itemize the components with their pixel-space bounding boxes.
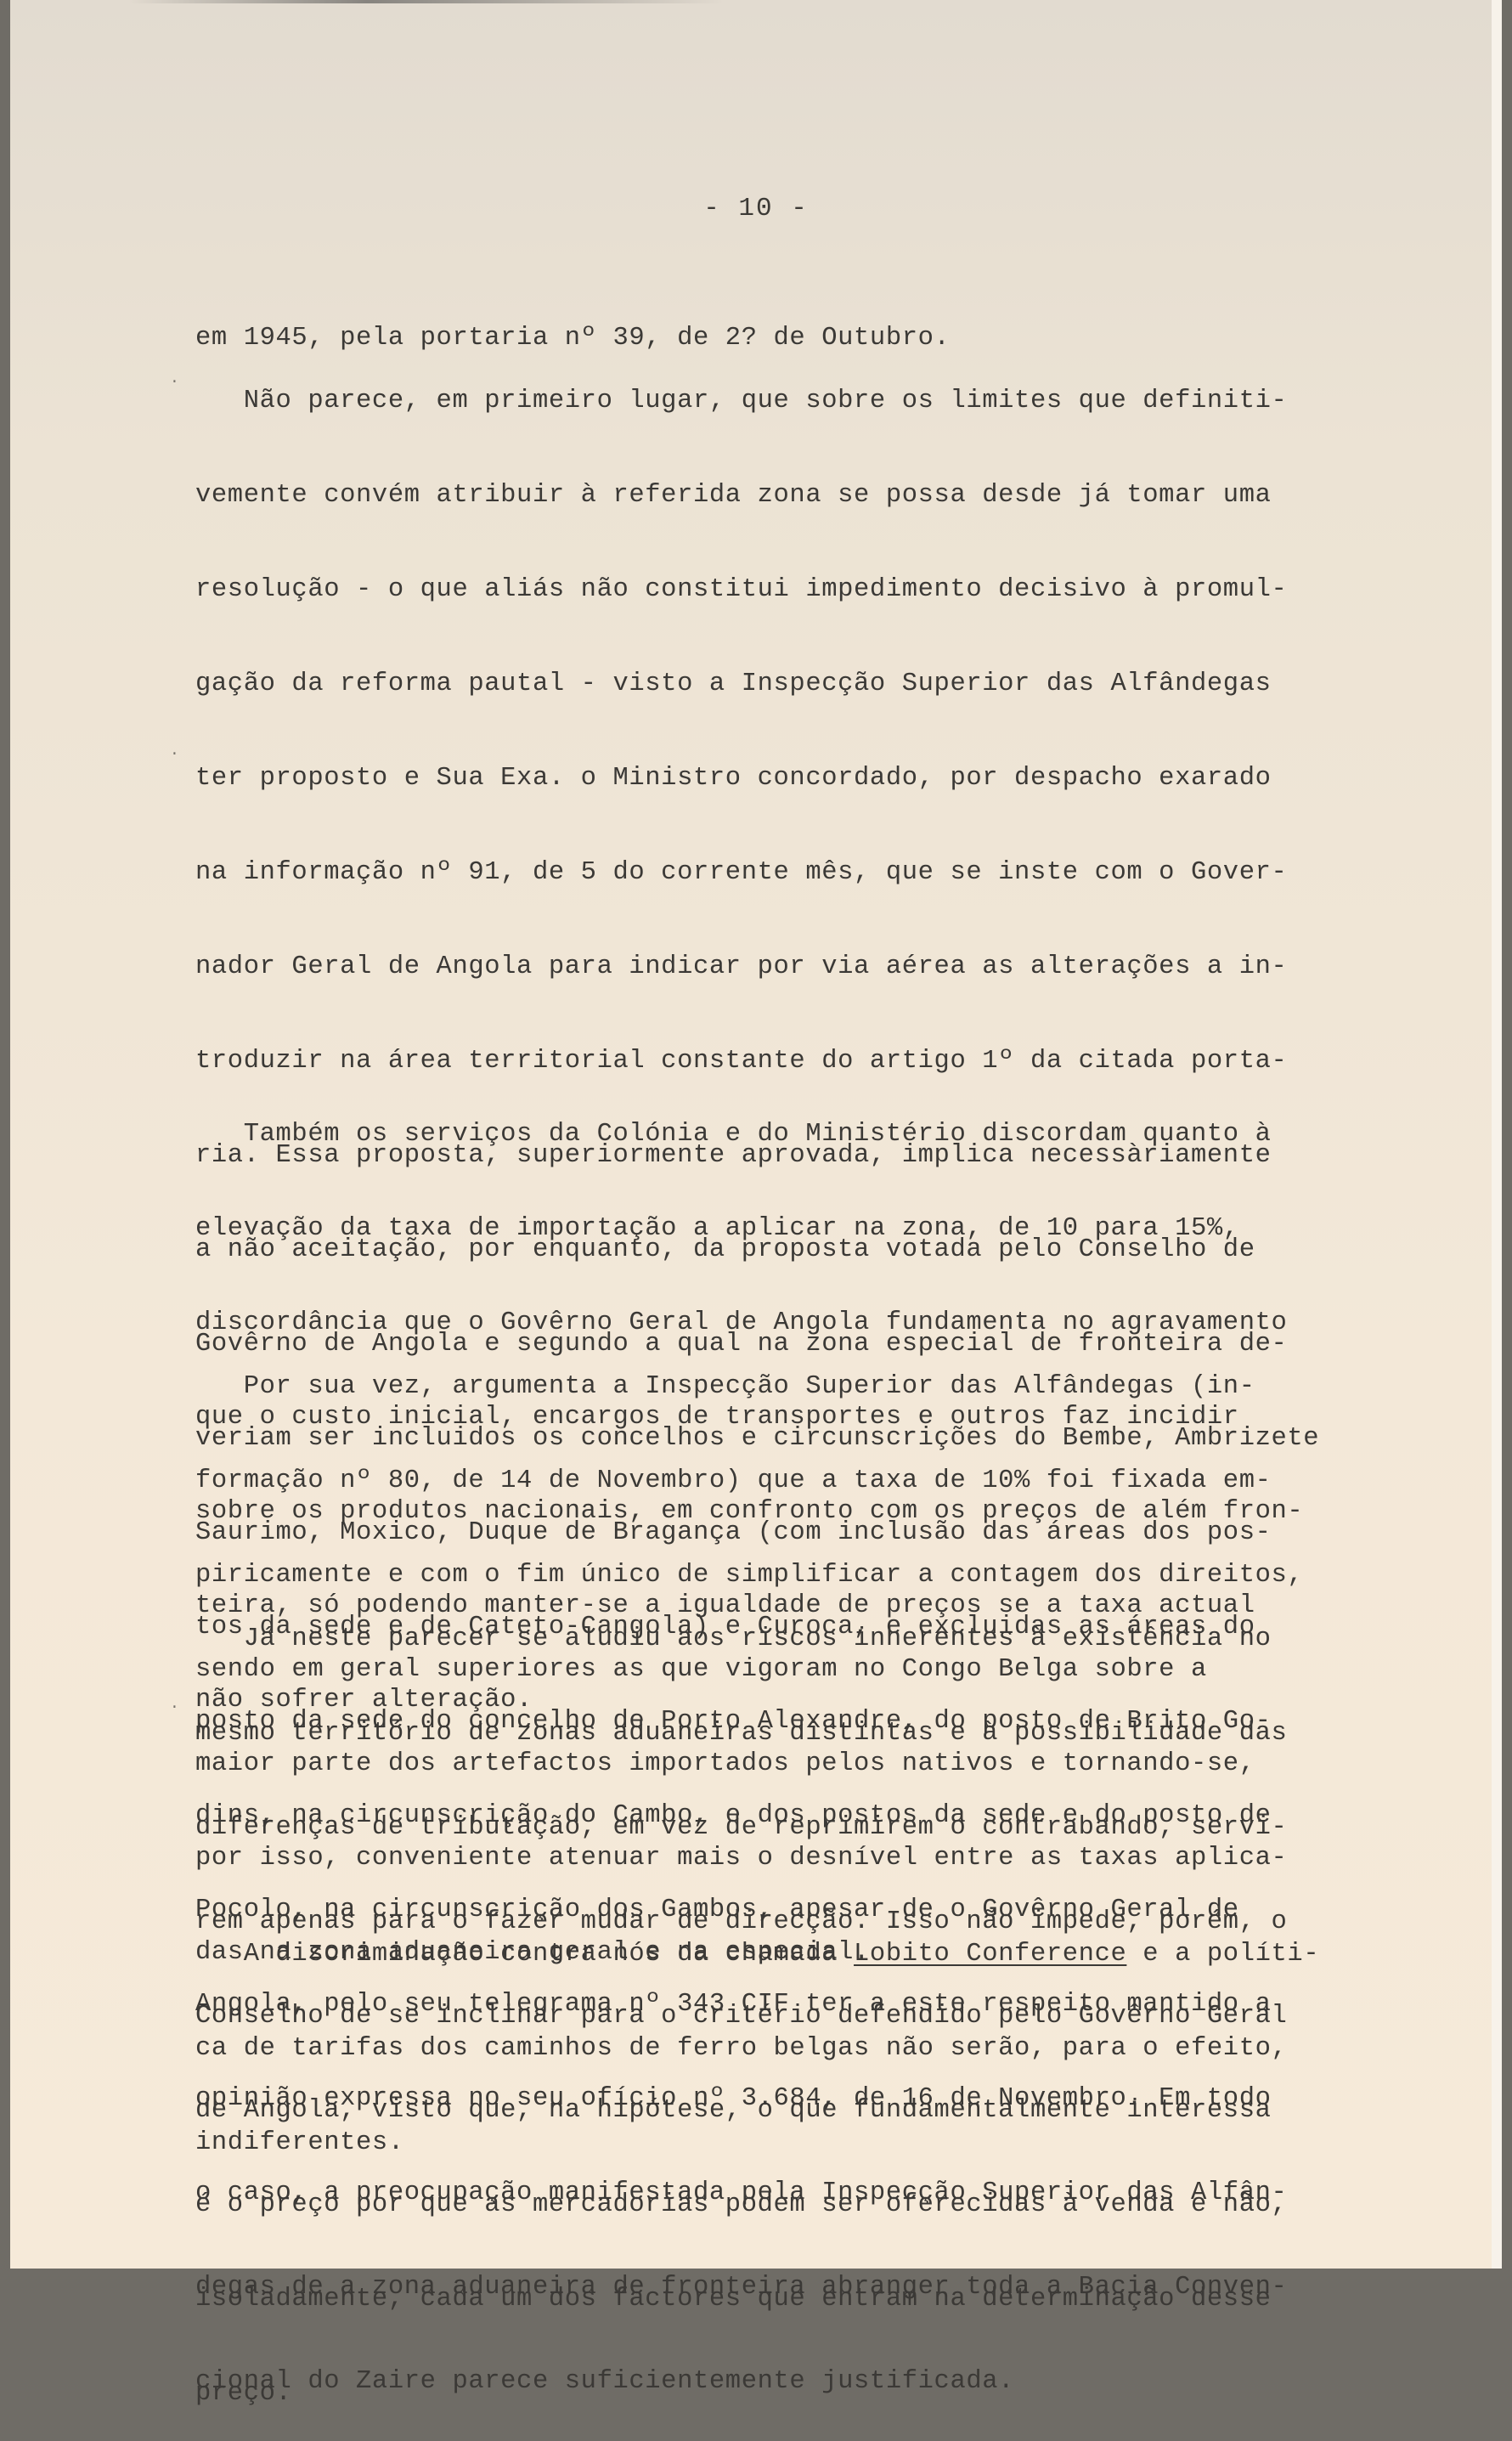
text-line: é o preço por que as mercadorias podem s… [195, 2190, 1402, 2221]
scan-shadow [129, 0, 724, 3]
paragraph-lobito-conference: A discriminação contra nós da chamada Lo… [195, 1876, 1402, 2190]
page-edge [1492, 0, 1502, 2269]
text-line: Não parece, em primeiro lugar, que sobre… [195, 386, 1402, 417]
text-line: Também os serviços da Colónia e do Minis… [195, 1119, 1402, 1150]
text-line: formação nº 80, de 14 de Novembro) que a… [195, 1466, 1402, 1497]
text-segment: e a políti- [1126, 1940, 1319, 1969]
text-line: nador Geral de Angola para indicar por v… [195, 952, 1402, 983]
text-line: gação da reforma pautal - visto a Inspec… [195, 669, 1402, 700]
margin-mark: · [170, 1699, 179, 1716]
underlined-term: Lobito Conference [854, 1940, 1126, 1969]
margin-mark: · [170, 374, 179, 391]
text-segment: A discriminação contra nós da chamada [195, 1940, 854, 1969]
text-line: diferenças de tributação, em vez de repr… [195, 1812, 1402, 1844]
text-line: ca de tarifas dos caminhos de ferro belg… [195, 2033, 1402, 2065]
text-line: Por sua vez, argumenta a Inspecção Super… [195, 1371, 1402, 1403]
text-line: indiferentes. [195, 2127, 1402, 2159]
text-line: Já neste parecer se aludiu aos riscos in… [195, 1624, 1402, 1655]
text-line: na informação nº 91, de 5 do corrente mê… [195, 857, 1402, 889]
page-number: - 10 - [0, 194, 1512, 223]
text-line: resolução - o que aliás não constitui im… [195, 574, 1402, 606]
margin-mark: · [170, 746, 179, 763]
text-line: ter proposto e Sua Exa. o Ministro conco… [195, 763, 1402, 794]
text-line: elevação da taxa de importação a aplicar… [195, 1213, 1402, 1245]
text-line: mesmo território de zonas aduaneiras dis… [195, 1718, 1402, 1749]
text-line: A discriminação contra nós da chamada Lo… [195, 1939, 1402, 1970]
text-line: vemente convém atribuir à referida zona … [195, 480, 1402, 511]
